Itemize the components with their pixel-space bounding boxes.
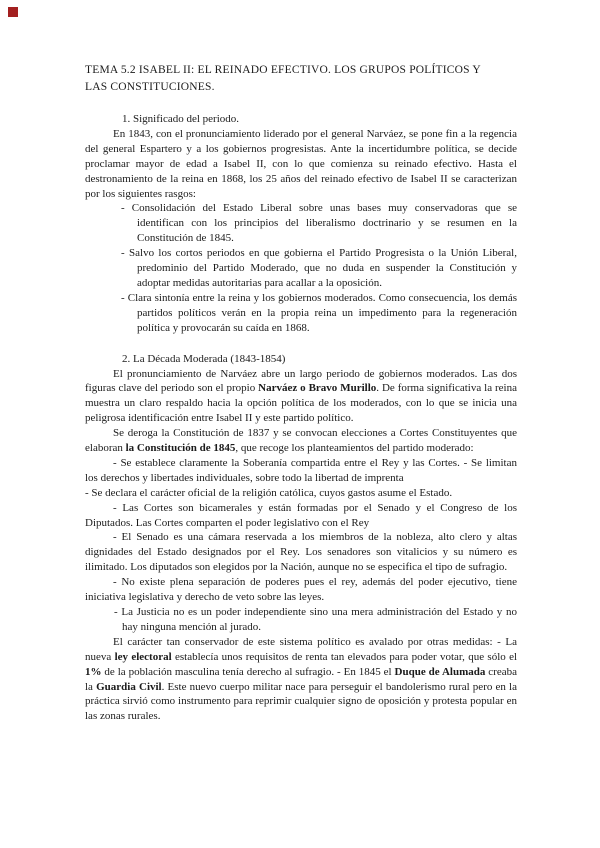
- list-item: - Clara sintonía entre la reina y los go…: [85, 291, 517, 336]
- list-item: - Salvo los cortos periodos en que gobie…: [85, 246, 517, 291]
- text-segment: - Se declara el carácter oficial de la r…: [85, 487, 452, 499]
- text-segment: establecía unos requisitos de renta tan …: [172, 651, 517, 663]
- section-heading: 1. Significado del periodo.: [85, 112, 517, 127]
- title-line: TEMA 5.2 ISABEL II: EL REINADO EFECTIVO.…: [85, 62, 517, 79]
- text-segment: 1. Significado del periodo.: [122, 113, 239, 125]
- corner-marker: [8, 7, 18, 17]
- paragraph: - No existe plena separación de poderes …: [85, 575, 517, 605]
- paragraph: El carácter tan conservador de este sist…: [85, 635, 517, 724]
- text-segment: de la población masculina tenía derecho …: [102, 666, 395, 678]
- document-page: TEMA 5.2 ISABEL II: EL REINADO EFECTIVO.…: [0, 0, 600, 848]
- text-segment: - Se establece claramente la Soberanía c…: [85, 457, 517, 484]
- paragraph: - Se establece claramente la Soberanía c…: [85, 456, 517, 486]
- title-line: LAS CONSTITUCIONES.: [85, 79, 517, 96]
- bold-text: 1%: [85, 666, 102, 678]
- text-segment: - La Justicia no es un poder independien…: [114, 606, 517, 633]
- bold-text: Duque de Alumada: [395, 666, 486, 678]
- text-segment: - Consolidación del Estado Liberal sobre…: [121, 202, 517, 244]
- list-item: - Consolidación del Estado Liberal sobre…: [85, 201, 517, 246]
- section-heading: 2. La Década Moderada (1843-1854): [85, 352, 517, 367]
- list-item: - La Justicia no es un poder independien…: [85, 605, 517, 635]
- document-body: 1. Significado del periodo.En 1843, con …: [85, 112, 517, 724]
- paragraph: En 1843, con el pronunciamiento liderado…: [85, 127, 517, 202]
- text-segment: 2. La Década Moderada (1843-1854): [122, 353, 285, 365]
- text-segment: En 1843, con el pronunciamiento liderado…: [85, 128, 517, 200]
- text-segment: - Las Cortes son bicamerales y están for…: [85, 502, 517, 529]
- bold-text: ley electoral: [115, 651, 172, 663]
- text-segment: , que recoge los planteamientos del part…: [235, 442, 473, 454]
- paragraph: - El Senado es una cámara reservada a lo…: [85, 530, 517, 575]
- text-segment: - El Senado es una cámara reservada a lo…: [85, 531, 517, 573]
- paragraph: - Las Cortes son bicamerales y están for…: [85, 501, 517, 531]
- text-segment: - Clara sintonía entre la reina y los go…: [121, 292, 517, 334]
- document-title: TEMA 5.2 ISABEL II: EL REINADO EFECTIVO.…: [85, 62, 517, 96]
- paragraph: - Se declara el carácter oficial de la r…: [85, 486, 517, 501]
- bold-text: Narváez o Bravo Murillo: [258, 382, 376, 394]
- paragraph: Se deroga la Constitución de 1837 y se c…: [85, 426, 517, 456]
- text-segment: - No existe plena separación de poderes …: [85, 576, 517, 603]
- paragraph: El pronunciamiento de Narváez abre un la…: [85, 367, 517, 427]
- bold-text: Guardia Civil: [96, 681, 162, 693]
- text-segment: - Salvo los cortos periodos en que gobie…: [121, 247, 517, 289]
- bold-text: la Constitución de 1845: [126, 442, 236, 454]
